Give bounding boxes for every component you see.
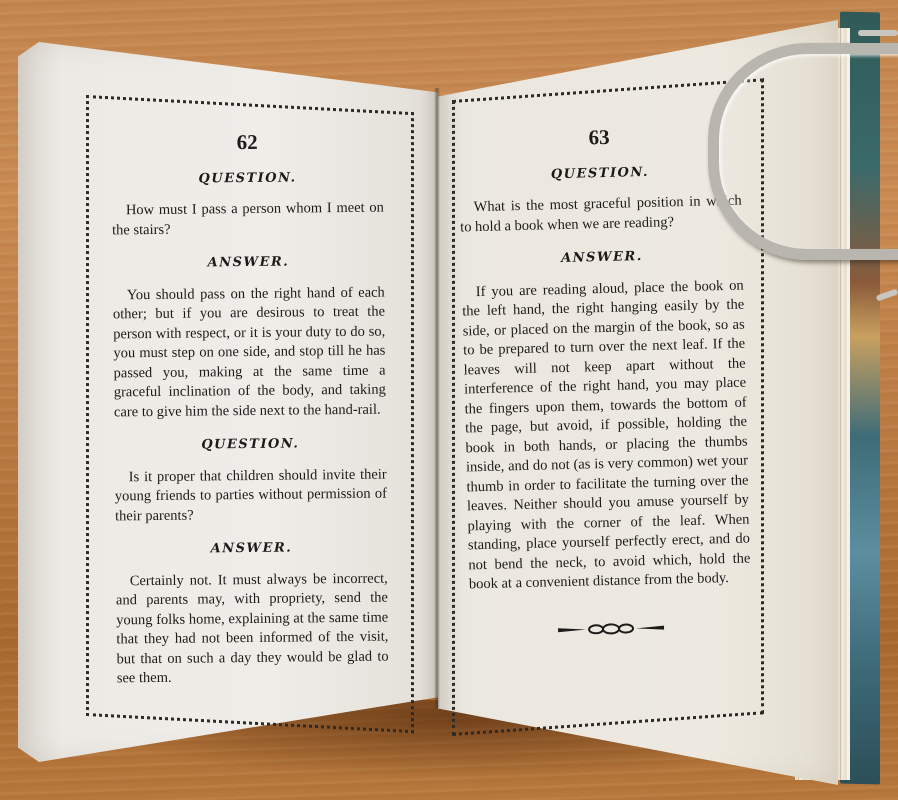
question-text: How must I pass a person whom I meet on …: [112, 199, 384, 241]
page-number: 62: [111, 132, 383, 154]
right-page-content: 63 QUESTION. What is the most graceful p…: [452, 100, 758, 730]
question-heading: QUESTION.: [114, 434, 386, 456]
question-text: What is the most graceful position in wh…: [459, 192, 742, 238]
book-gutter: [434, 88, 440, 708]
left-page-text: 62 QUESTION. How must I pass a person wh…: [111, 132, 389, 689]
holder-wire: [858, 30, 898, 36]
answer-text: Certainly not. It must always be incorre…: [116, 569, 389, 689]
left-page-content: 62 QUESTION. How must I pass a person wh…: [86, 95, 408, 710]
answer-heading: ANSWER.: [115, 538, 387, 560]
question-heading: QUESTION.: [111, 167, 383, 189]
answer-text: If you are reading aloud, place the book…: [462, 276, 752, 595]
question-text: Is it proper that children should invite…: [115, 465, 388, 526]
answer-heading: ANSWER.: [112, 252, 384, 274]
flourish-icon: [556, 620, 666, 637]
metal-page-holder: [708, 43, 898, 260]
question-heading: QUESTION.: [459, 160, 741, 186]
right-page-text: 63 QUESTION. What is the most graceful p…: [458, 125, 752, 639]
answer-text: You should pass on the right hand of eac…: [113, 283, 386, 422]
answer-heading: ANSWER.: [461, 245, 743, 271]
